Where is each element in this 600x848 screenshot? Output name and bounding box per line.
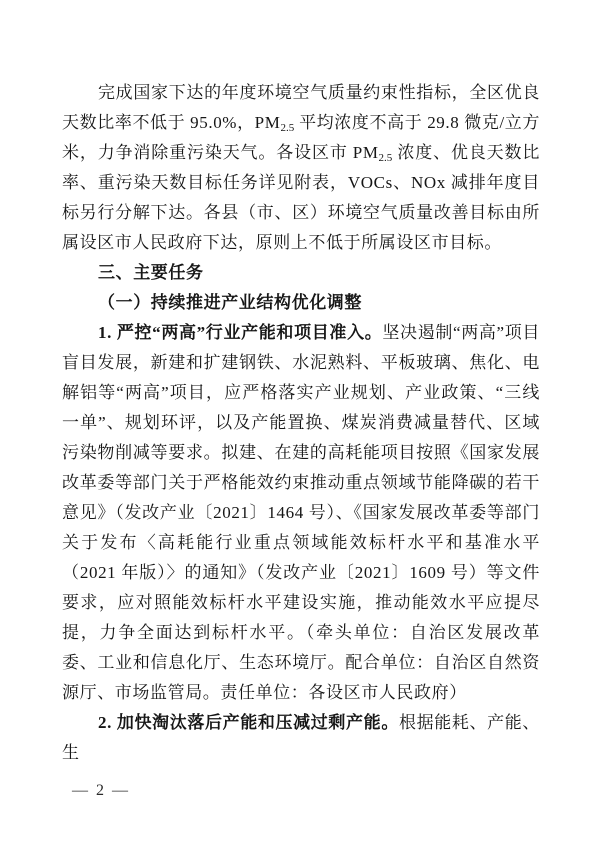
section-heading-main-tasks: 三、主要任务: [62, 258, 540, 288]
document-page: 完成国家下达的年度环境空气质量约束性指标，全区优良天数比率不低于 95.0%，P…: [0, 0, 600, 848]
document-body: 完成国家下达的年度环境空气质量约束性指标，全区优良天数比率不低于 95.0%，P…: [62, 78, 540, 768]
paragraph-task-1: 1. 严控“两高”行业产能和项目准入。坚决遏制“两高”项目盲目发展，新建和扩建钢…: [62, 318, 540, 708]
paragraph-task-2: 2. 加快淘汰落后产能和压减过剩产能。根据能耗、产能、生: [62, 708, 540, 768]
pm25-subscript-2: 2.5: [379, 152, 393, 164]
page-number: — 2 —: [72, 782, 130, 800]
pm25-subscript: 2.5: [280, 122, 294, 134]
task-1-body: 坚决遏制“两高”项目盲目发展，新建和扩建钢铁、水泥熟料、平板玻璃、焦化、电解铝等…: [62, 323, 540, 642]
task-1-lead: 1. 严控“两高”行业产能和项目准入。: [98, 323, 382, 342]
subsection-heading-industry-structure: （一）持续推进产业结构优化调整: [62, 288, 540, 318]
task-2-lead: 2. 加快淘汰落后产能和压减过剩产能。: [98, 713, 399, 732]
paragraph-air-quality-targets: 完成国家下达的年度环境空气质量约束性指标，全区优良天数比率不低于 95.0%，P…: [62, 78, 540, 258]
